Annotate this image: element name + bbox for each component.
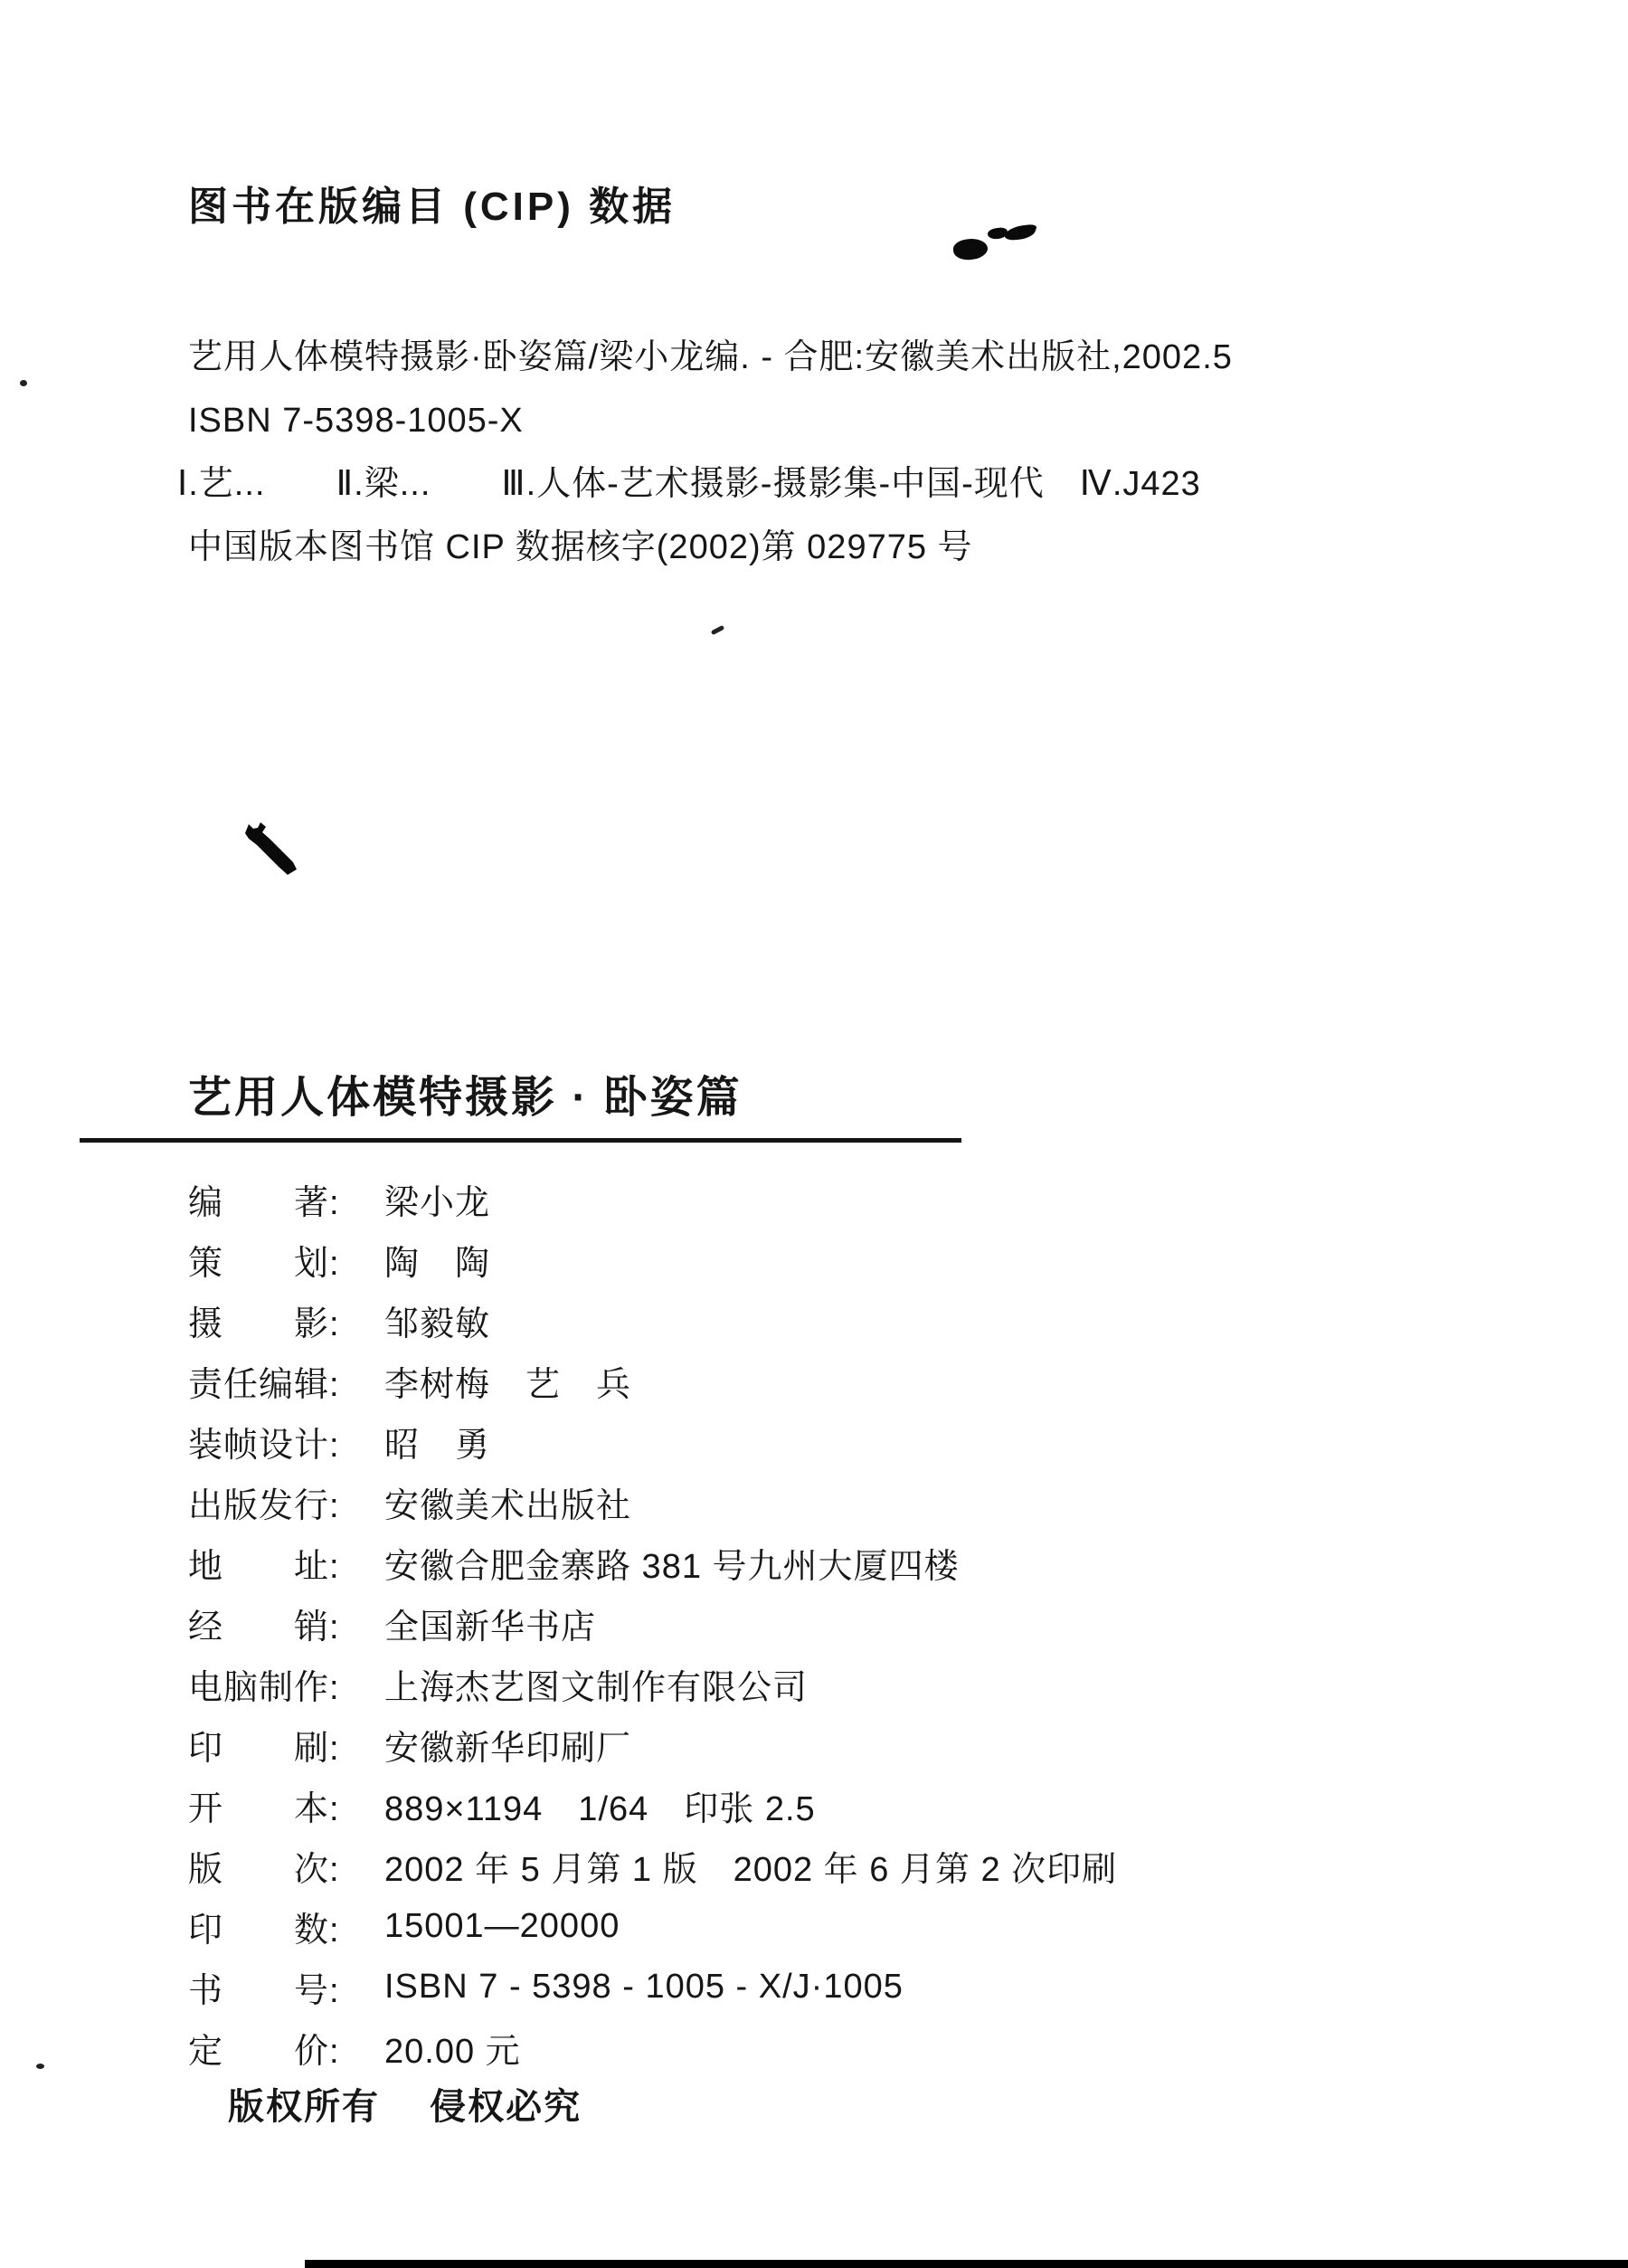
colophon-row-value: 2002 年 5 月第 1 版 2002 年 6 月第 2 次印刷 [384, 1841, 1117, 1891]
colophon-row-value: 安徽合肥金寨路 381 号九州大厦四楼 [384, 1538, 960, 1588]
colophon-row-label: 版 次: [188, 1841, 384, 1891]
colophon-row: 编 著:梁小龙 [188, 1169, 1599, 1229]
cip-data-block: 艺用人体模特摄影·卧姿篇/梁小龙编. - 合肥:安徽美术出版社,2002.5 I… [188, 326, 1581, 579]
cip-heading: 图书在版编目 (CIP) 数据 [188, 174, 676, 232]
colophon-row: 开 本:889×1194 1/64 印张 2.5 [188, 1775, 1599, 1836]
ink-streak-icon [242, 821, 302, 878]
colophon-row-value: 20.00 元 [384, 2023, 521, 2073]
colophon-row: 印 刷:安徽新华印刷厂 [188, 1714, 1599, 1775]
colophon-row-value: 上海杰艺图文制作有限公司 [384, 1659, 808, 1709]
colophon-row: 经 销:全国新华书店 [188, 1593, 1599, 1654]
book-title: 艺用人体模特摄影 · 卧姿篇 [188, 1062, 743, 1125]
colophon-row-label: 经 销: [188, 1599, 384, 1648]
title-divider-rule [80, 1138, 961, 1143]
colophon-list: 编 著:梁小龙策 划:陶 陶摄 影:邹毅敏责任编辑:李树梅 艺 兵装帧设计:昭 … [188, 1169, 1599, 2078]
colophon-row-label: 策 划: [188, 1235, 384, 1285]
colophon-row: 摄 影:邹毅敏 [188, 1290, 1599, 1351]
colophon-row-value: 全国新华书店 [384, 1599, 596, 1648]
colophon-row-value: 安徽新华印刷厂 [384, 1720, 631, 1770]
colophon-row: 版 次:2002 年 5 月第 1 版 2002 年 6 月第 2 次印刷 [188, 1836, 1599, 1896]
colophon-row-label: 印 数: [188, 1902, 384, 1951]
colophon-row: 书 号:ISBN 7 - 5398 - 1005 - X/J·1005 [188, 1957, 1599, 2017]
colophon-row-label: 定 价: [188, 2023, 384, 2073]
scan-edge-bar [305, 2260, 1628, 2268]
colophon-row-label: 书 号: [188, 1962, 384, 2012]
colophon-row-value: 梁小龙 [384, 1174, 490, 1224]
colophon-row: 责任编辑:李树梅 艺 兵 [188, 1351, 1599, 1411]
copyright-notice: 版权所有 侵权必究 [228, 2078, 582, 2130]
colophon-row-label: 印 刷: [188, 1720, 384, 1770]
colophon-row: 地 址:安徽合肥金寨路 381 号九州大厦四楼 [188, 1533, 1599, 1593]
colophon-row-value: 邹毅敏 [384, 1295, 490, 1345]
colophon-row: 策 划:陶 陶 [188, 1229, 1599, 1290]
colophon-row-value: 李树梅 艺 兵 [384, 1356, 631, 1406]
colophon-row-label: 装帧设计: [188, 1417, 384, 1466]
colophon-row: 电脑制作:上海杰艺图文制作有限公司 [188, 1654, 1599, 1714]
ink-dot-icon [20, 380, 27, 386]
colophon-row: 定 价:20.00 元 [188, 2017, 1599, 2078]
ink-dot-icon [36, 2064, 44, 2069]
cip-line-classification: Ⅰ.艺... Ⅱ.梁... Ⅲ.人体-艺术摄影-摄影集-中国-现代 Ⅳ.J423 [177, 452, 1581, 516]
colophon-row-value: 昭 勇 [384, 1417, 490, 1466]
colophon-row-value: 15001—20000 [384, 1907, 620, 1946]
colophon-row: 出版发行:安徽美术出版社 [188, 1472, 1599, 1533]
colophon-row-label: 出版发行: [188, 1477, 384, 1527]
colophon-row: 装帧设计:昭 勇 [188, 1411, 1599, 1472]
colophon-row-value: ISBN 7 - 5398 - 1005 - X/J·1005 [384, 1968, 904, 2007]
colophon-row-label: 摄 影: [188, 1295, 384, 1345]
colophon-row-label: 责任编辑: [188, 1356, 384, 1406]
cip-line-title: 艺用人体模特摄影·卧姿篇/梁小龙编. - 合肥:安徽美术出版社,2002.5 [188, 326, 1581, 389]
cip-line-isbn: ISBN 7-5398-1005-X [188, 389, 1581, 452]
colophon-row-value: 安徽美术出版社 [384, 1477, 631, 1527]
ink-smudge-icon [1002, 224, 1037, 242]
scanned-book-page: { "colors": { "ink": "#161616", "paper":… [0, 0, 1628, 2268]
colophon-row-value: 陶 陶 [384, 1235, 490, 1285]
colophon-row-value: 889×1194 1/64 印张 2.5 [384, 1780, 816, 1830]
cip-line-record-number: 中国版本图书馆 CIP 数据核字(2002)第 029775 号 [188, 516, 1581, 579]
ink-dot-icon [711, 625, 725, 635]
ink-smudge-icon [952, 236, 989, 261]
colophon-row-label: 地 址: [188, 1538, 384, 1588]
colophon-row-label: 开 本: [188, 1780, 384, 1830]
colophon-row: 印 数:15001—20000 [188, 1896, 1599, 1957]
colophon-row-label: 电脑制作: [188, 1659, 384, 1709]
colophon-row-label: 编 著: [188, 1174, 384, 1224]
